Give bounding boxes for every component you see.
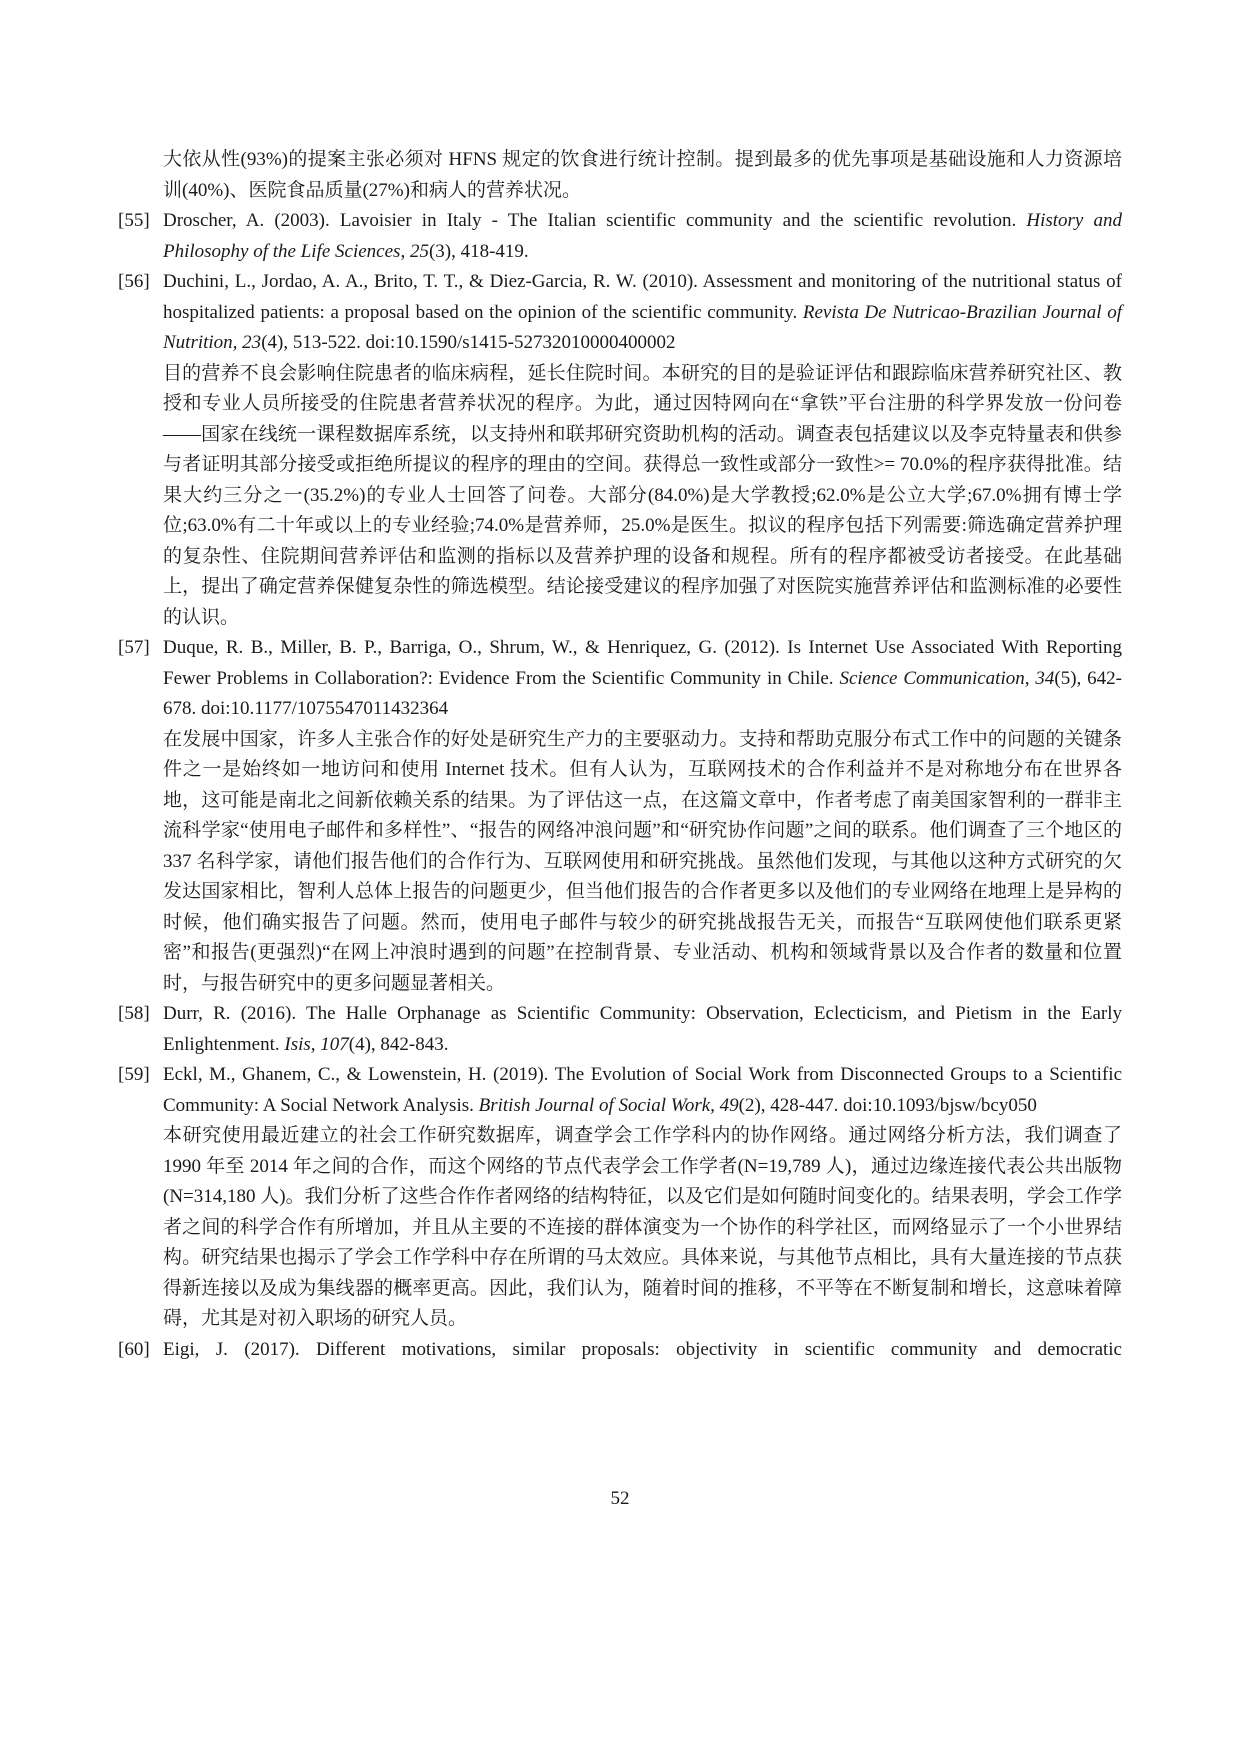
reference-number: [59]: [118, 1060, 162, 1091]
abstract-text: 目的营养不良会影响住院患者的临床病程，延长住院时间。本研究的目的是验证评估和跟踪…: [163, 359, 1122, 634]
citation-authors-title: Droscher, A. (2003). Lavoisier in Italy …: [163, 210, 1026, 231]
document-page: 大依从性(93%)的提案主张必须对 HFNS 规定的饮食进行统计控制。提到最多的…: [0, 0, 1240, 1753]
citation-journal: Science Communication, 34: [839, 668, 1054, 689]
reference-57: [57] Duque, R. B., Miller, B. P., Barrig…: [118, 633, 1122, 999]
citation: Duchini, L., Jordao, A. A., Brito, T. T.…: [163, 267, 1122, 359]
citation-details: (2), 428-447. doi:10.1093/bjsw/bcy050: [739, 1095, 1037, 1116]
reference-60: [60] Eigi, J. (2017). Different motivati…: [118, 1335, 1122, 1366]
citation-journal: Isis, 107: [284, 1034, 348, 1055]
citation-details: (4), 842-843.: [349, 1034, 449, 1055]
reference-number: [56]: [118, 267, 162, 298]
reference-number: [58]: [118, 999, 162, 1030]
continued-abstract-text: 大依从性(93%)的提案主张必须对 HFNS 规定的饮食进行统计控制。提到最多的…: [163, 149, 1122, 201]
page-number: 52: [0, 1488, 1240, 1510]
reference-number: [60]: [118, 1335, 162, 1366]
citation-authors-title: Eigi, J. (2017). Different motivations, …: [163, 1339, 1122, 1360]
abstract-text: 在发展中国家，许多人主张合作的好处是研究生产力的主要驱动力。支持和帮助克服分布式…: [163, 725, 1122, 1000]
reference-55: [55] Droscher, A. (2003). Lavoisier in I…: [118, 206, 1122, 267]
reference-number: [57]: [118, 633, 162, 664]
citation: Eigi, J. (2017). Different motivations, …: [163, 1335, 1122, 1366]
citation-details: (4), 513-522. doi:10.1590/s1415-52732010…: [261, 332, 675, 353]
citation-details: (3), 418-419.: [429, 241, 529, 262]
reference-58: [58] Durr, R. (2016). The Halle Orphanag…: [118, 999, 1122, 1060]
citation: Eckl, M., Ghanem, C., & Lowenstein, H. (…: [163, 1060, 1122, 1121]
citation-journal: British Journal of Social Work, 49: [479, 1095, 739, 1116]
abstract-text: 本研究使用最近建立的社会工作研究数据库，调查学会工作学科内的协作网络。通过网络分…: [163, 1121, 1122, 1335]
reference-list: 大依从性(93%)的提案主张必须对 HFNS 规定的饮食进行统计控制。提到最多的…: [118, 145, 1122, 1365]
continued-abstract: 大依从性(93%)的提案主张必须对 HFNS 规定的饮食进行统计控制。提到最多的…: [118, 145, 1122, 206]
reference-56: [56] Duchini, L., Jordao, A. A., Brito, …: [118, 267, 1122, 633]
citation: Duque, R. B., Miller, B. P., Barriga, O.…: [163, 633, 1122, 725]
reference-59: [59] Eckl, M., Ghanem, C., & Lowenstein,…: [118, 1060, 1122, 1335]
citation: Droscher, A. (2003). Lavoisier in Italy …: [163, 206, 1122, 267]
citation: Durr, R. (2016). The Halle Orphanage as …: [163, 999, 1122, 1060]
reference-number: [55]: [118, 206, 162, 237]
